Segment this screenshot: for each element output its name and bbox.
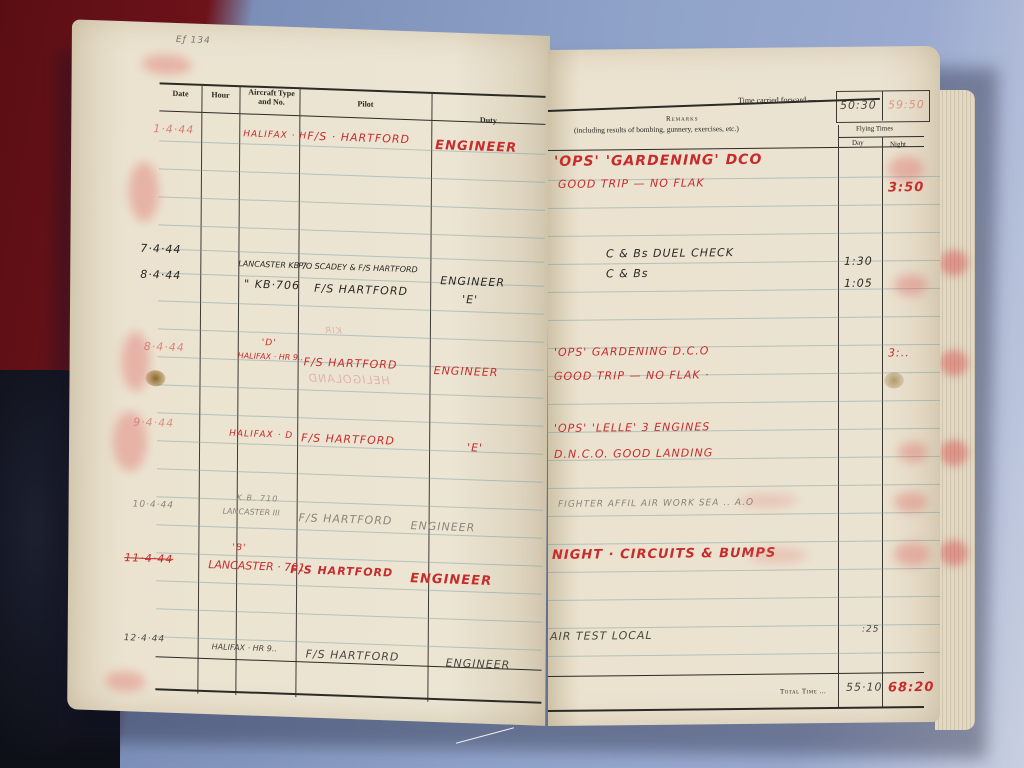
aircraft-cell: LANCASTER III (223, 507, 280, 518)
remarks-line: D.N.C.O. GOOD LANDING (554, 446, 713, 461)
date-cell: 11·4·44 (124, 551, 173, 566)
duty-cell: ENGINEER (435, 138, 517, 156)
pilot-cell: P/O SCADEY & F/S HARTFORD (298, 261, 417, 274)
right-page: Time carried forward — 50:30 59:50 Remar… (548, 46, 940, 726)
date-cell: 8·4·44 (144, 340, 185, 354)
remarks-line: 'OPS' GARDENING D.C.O (554, 344, 709, 359)
remarks-row: C & Bs DUEL CHECK 1:30 (548, 46, 940, 50)
remarks-header: Remarks (666, 114, 699, 122)
day-header: Day (852, 139, 864, 147)
remarks-line: FIGHTER AFFIL AIR WORK SEA .. A.O (558, 498, 754, 510)
date-cell: 7·4·44 (140, 242, 181, 256)
date-cell: 10·4·44 (133, 499, 174, 510)
remarks-line: AIR TEST LOCAL (550, 629, 653, 643)
ghost-offset-text: HELIGOLAND (308, 372, 390, 388)
col-header-hour: Hour (201, 90, 239, 100)
pilot-cell: F/S HARTFORD (314, 282, 408, 298)
duty-cell: ENGINEER (410, 571, 492, 589)
aircraft-cell: HALIFAX · D (229, 429, 293, 441)
remarks-subheader: (including results of bombing, gunnery, … (574, 124, 739, 135)
carried-forward-night: 59:50 (888, 98, 925, 111)
remarks-row: 'OPS' 'LELLE' 3 ENGINES D.N.C.O. GOOD LA… (548, 46, 940, 50)
ink-stain (884, 372, 904, 388)
left-page: Eƒ 134 Date Hour Aircraft Type and No. P… (67, 19, 550, 726)
remarks-line: 'OPS' 'LELLE' 3 ENGINES (554, 420, 710, 435)
aircraft-note: 'B' (232, 543, 246, 553)
remarks-line: 'OPS' 'GARDENING' DCO (554, 152, 762, 170)
pilot-cell: F/S HARTFORD (304, 355, 398, 371)
aircraft-note: 'D' (262, 338, 277, 349)
duty-cell: 'E' (467, 441, 483, 455)
pilot-cell: F/S HARTFORD (299, 511, 393, 527)
remarks-row: FIGHTER AFFIL AIR WORK SEA .. A.O (548, 46, 940, 50)
left-log-table: Date Hour Aircraft Type and No. Pilot Du… (155, 82, 545, 705)
col-header-duty: Duty (431, 114, 545, 127)
corner-note: Eƒ 134 (176, 35, 211, 46)
remarks-row: 'OPS' 'GARDENING' DCO GOOD TRIP — NO FLA… (548, 46, 940, 50)
remarks-line: NIGHT · CIRCUITS & BUMPS (552, 546, 776, 563)
remarks-row: 'OPS' GARDENING D.C.O GOOD TRIP — NO FLA… (548, 46, 940, 50)
aircraft-cell: HALIFAX · HR 9.. (212, 642, 277, 653)
remarks-line: C & Bs DUEL CHECK (606, 246, 734, 260)
pilot-cell: F/S HARTFORD (290, 563, 393, 580)
pilot-cell: F/S · HARTFORD (307, 130, 410, 147)
col-header-date: Date (159, 88, 201, 98)
aircraft-note: K.B. 710 (237, 493, 279, 503)
total-night: 68:20 (888, 680, 934, 695)
date-cell: 12·4·44 (124, 633, 165, 644)
remarks-row: AIR TEST LOCAL :25 (548, 46, 940, 50)
col-header-aircraft: Aircraft Type and No. (243, 87, 299, 107)
duty-cell: ENGINEER (446, 656, 511, 671)
remarks-row: C & Bs 1:05 (548, 46, 940, 50)
date-cell: 1·4·44 (153, 122, 194, 136)
flying-times-header: Flying Times (856, 124, 893, 132)
remarks-row: NIGHT · CIRCUITS & BUMPS (548, 46, 940, 50)
night-time: 3:.. (888, 346, 910, 359)
night-time: 3:50 (888, 180, 924, 195)
date-cell: 8·4·44 (140, 268, 181, 282)
remarks-line: GOOD TRIP — NO FLAK · (554, 368, 710, 383)
day-time: :25 (862, 625, 879, 635)
ghost-offset-text: KIR (324, 326, 342, 337)
remarks-line: C & Bs (606, 267, 649, 280)
duty-cell: 'E' (462, 293, 478, 307)
page-stack-edge (935, 90, 975, 730)
remarks-line: GOOD TRIP — NO FLAK (558, 176, 705, 191)
right-log-table: Time carried forward — 50:30 59:50 Remar… (548, 46, 940, 726)
day-time: 1:30 (844, 255, 873, 268)
col-header-pilot: Pilot (299, 97, 431, 111)
duty-cell: ENGINEER (434, 364, 499, 379)
duty-cell: ENGINEER (440, 274, 505, 289)
aircraft-cell: HALIFAX · H (243, 129, 307, 141)
day-time: 1:05 (844, 277, 873, 290)
total-time-label: Total Time ... (780, 687, 826, 695)
aircraft-cell: HALIFAX · HR 9.. (238, 351, 303, 362)
duty-cell: ENGINEER (411, 519, 476, 534)
aircraft-cell: " KB·706 (244, 277, 300, 292)
total-day: 55·10 (846, 680, 883, 693)
